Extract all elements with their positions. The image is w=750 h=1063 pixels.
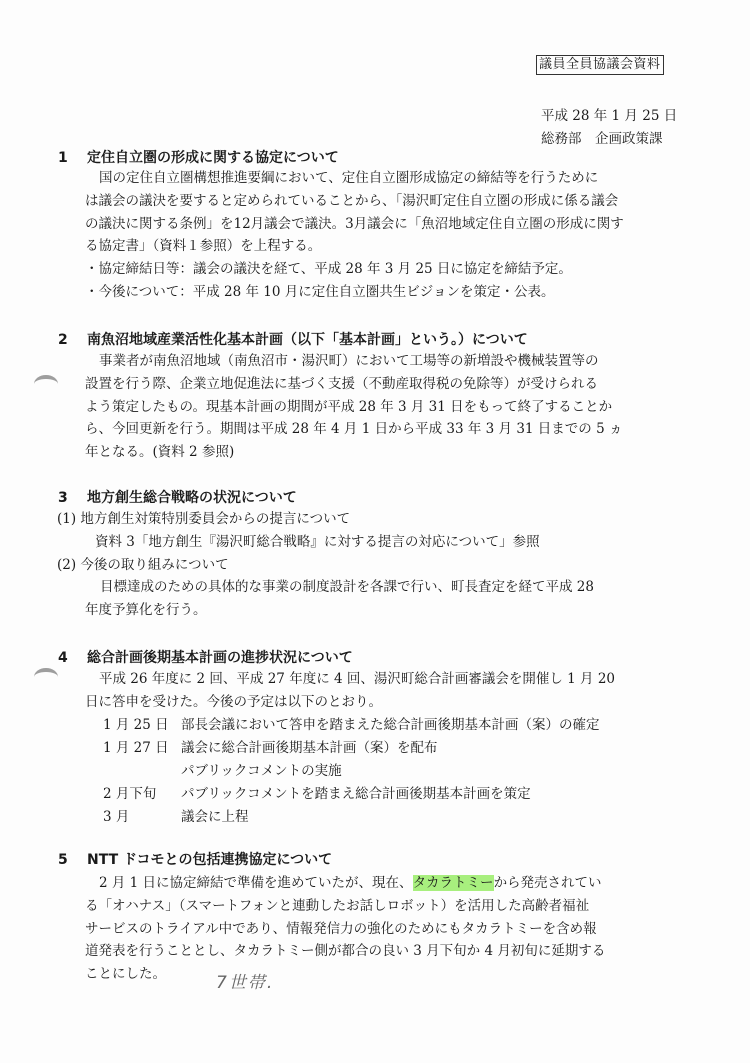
header-meta: 平成 28 年 1 月 25 日 総務部 企画政策課 [541,105,677,151]
highlighted-text: タカラトミー [413,875,494,891]
schedule-row: パブリックコメントの実施 [103,760,342,782]
department: 総務部 企画政策課 [541,128,677,151]
section-4-heading: 4総合計画後期基本計画の進捗状況について [58,648,353,668]
document-type-label: 議員全員協議会資料 [536,55,664,75]
section-1-body: 国の定住自立圏構想推進要綱において、定住自立圏形成協定の締結等を行うために は議… [85,167,624,304]
section-1-heading: 1定住自立圏の形成に関する協定について [58,148,339,168]
subsection-2-label: (2) 今後の取り組みについて [57,554,594,577]
bullet: ・今後について：平成 28 年 10 月に定住自立圏共生ビジョンを策定・公表。 [85,281,624,304]
section-2-heading: 2南魚沼地域産業活性化基本計画（以下「基本計画」という。）について [58,330,528,350]
document-page: 議員全員協議会資料 平成 28 年 1 月 25 日 総務部 企画政策課 1定住… [0,0,750,1063]
section-3-heading: 3地方創生総合戦略の状況について [58,488,297,508]
section-4-body: 平成 26 年度に 2 回、平成 27 年度に 4 回、湯沢町総合計画審議会を開… [85,668,615,714]
schedule-row: 1 月 27 日議会に総合計画後期基本計画（案）を配布 [103,737,438,759]
handwritten-note: 7世帯. [216,968,274,993]
schedule-row: 3 月議会に上程 [103,806,249,828]
schedule-row: 1 月 25 日部長会議において答申を踏まえた総合計画後期基本計画（案）の確定 [103,714,600,736]
section-5-body: 2 月 1 日に協定締結で準備を進めていたが、現在、タカラトミーから発売されてい… [85,872,605,986]
bullet: ・協定締結日等：議会の議決を経て、平成 28 年 3 月 25 日に協定を締結予… [85,258,624,281]
document-date: 平成 28 年 1 月 25 日 [541,105,677,128]
punch-hole-mark [34,375,58,393]
section-3-body: (1) 地方創生対策特別委員会からの提言について 資料 3「地方創生『湯沢町総合… [57,508,594,622]
section-2-body: 事業者が南魚沼地域（南魚沼市・湯沢町）において工場等の新増設や機械装置等の 設置… [85,350,622,464]
punch-hole-mark [34,668,58,686]
section-5-heading: 5NTT ドコモとの包括連携協定について [58,850,332,870]
subsection-1-label: (1) 地方創生対策特別委員会からの提言について [57,508,594,531]
schedule-row: 2 月下旬パブリックコメントを踏まえ総合計画後期基本計画を策定 [103,783,531,805]
